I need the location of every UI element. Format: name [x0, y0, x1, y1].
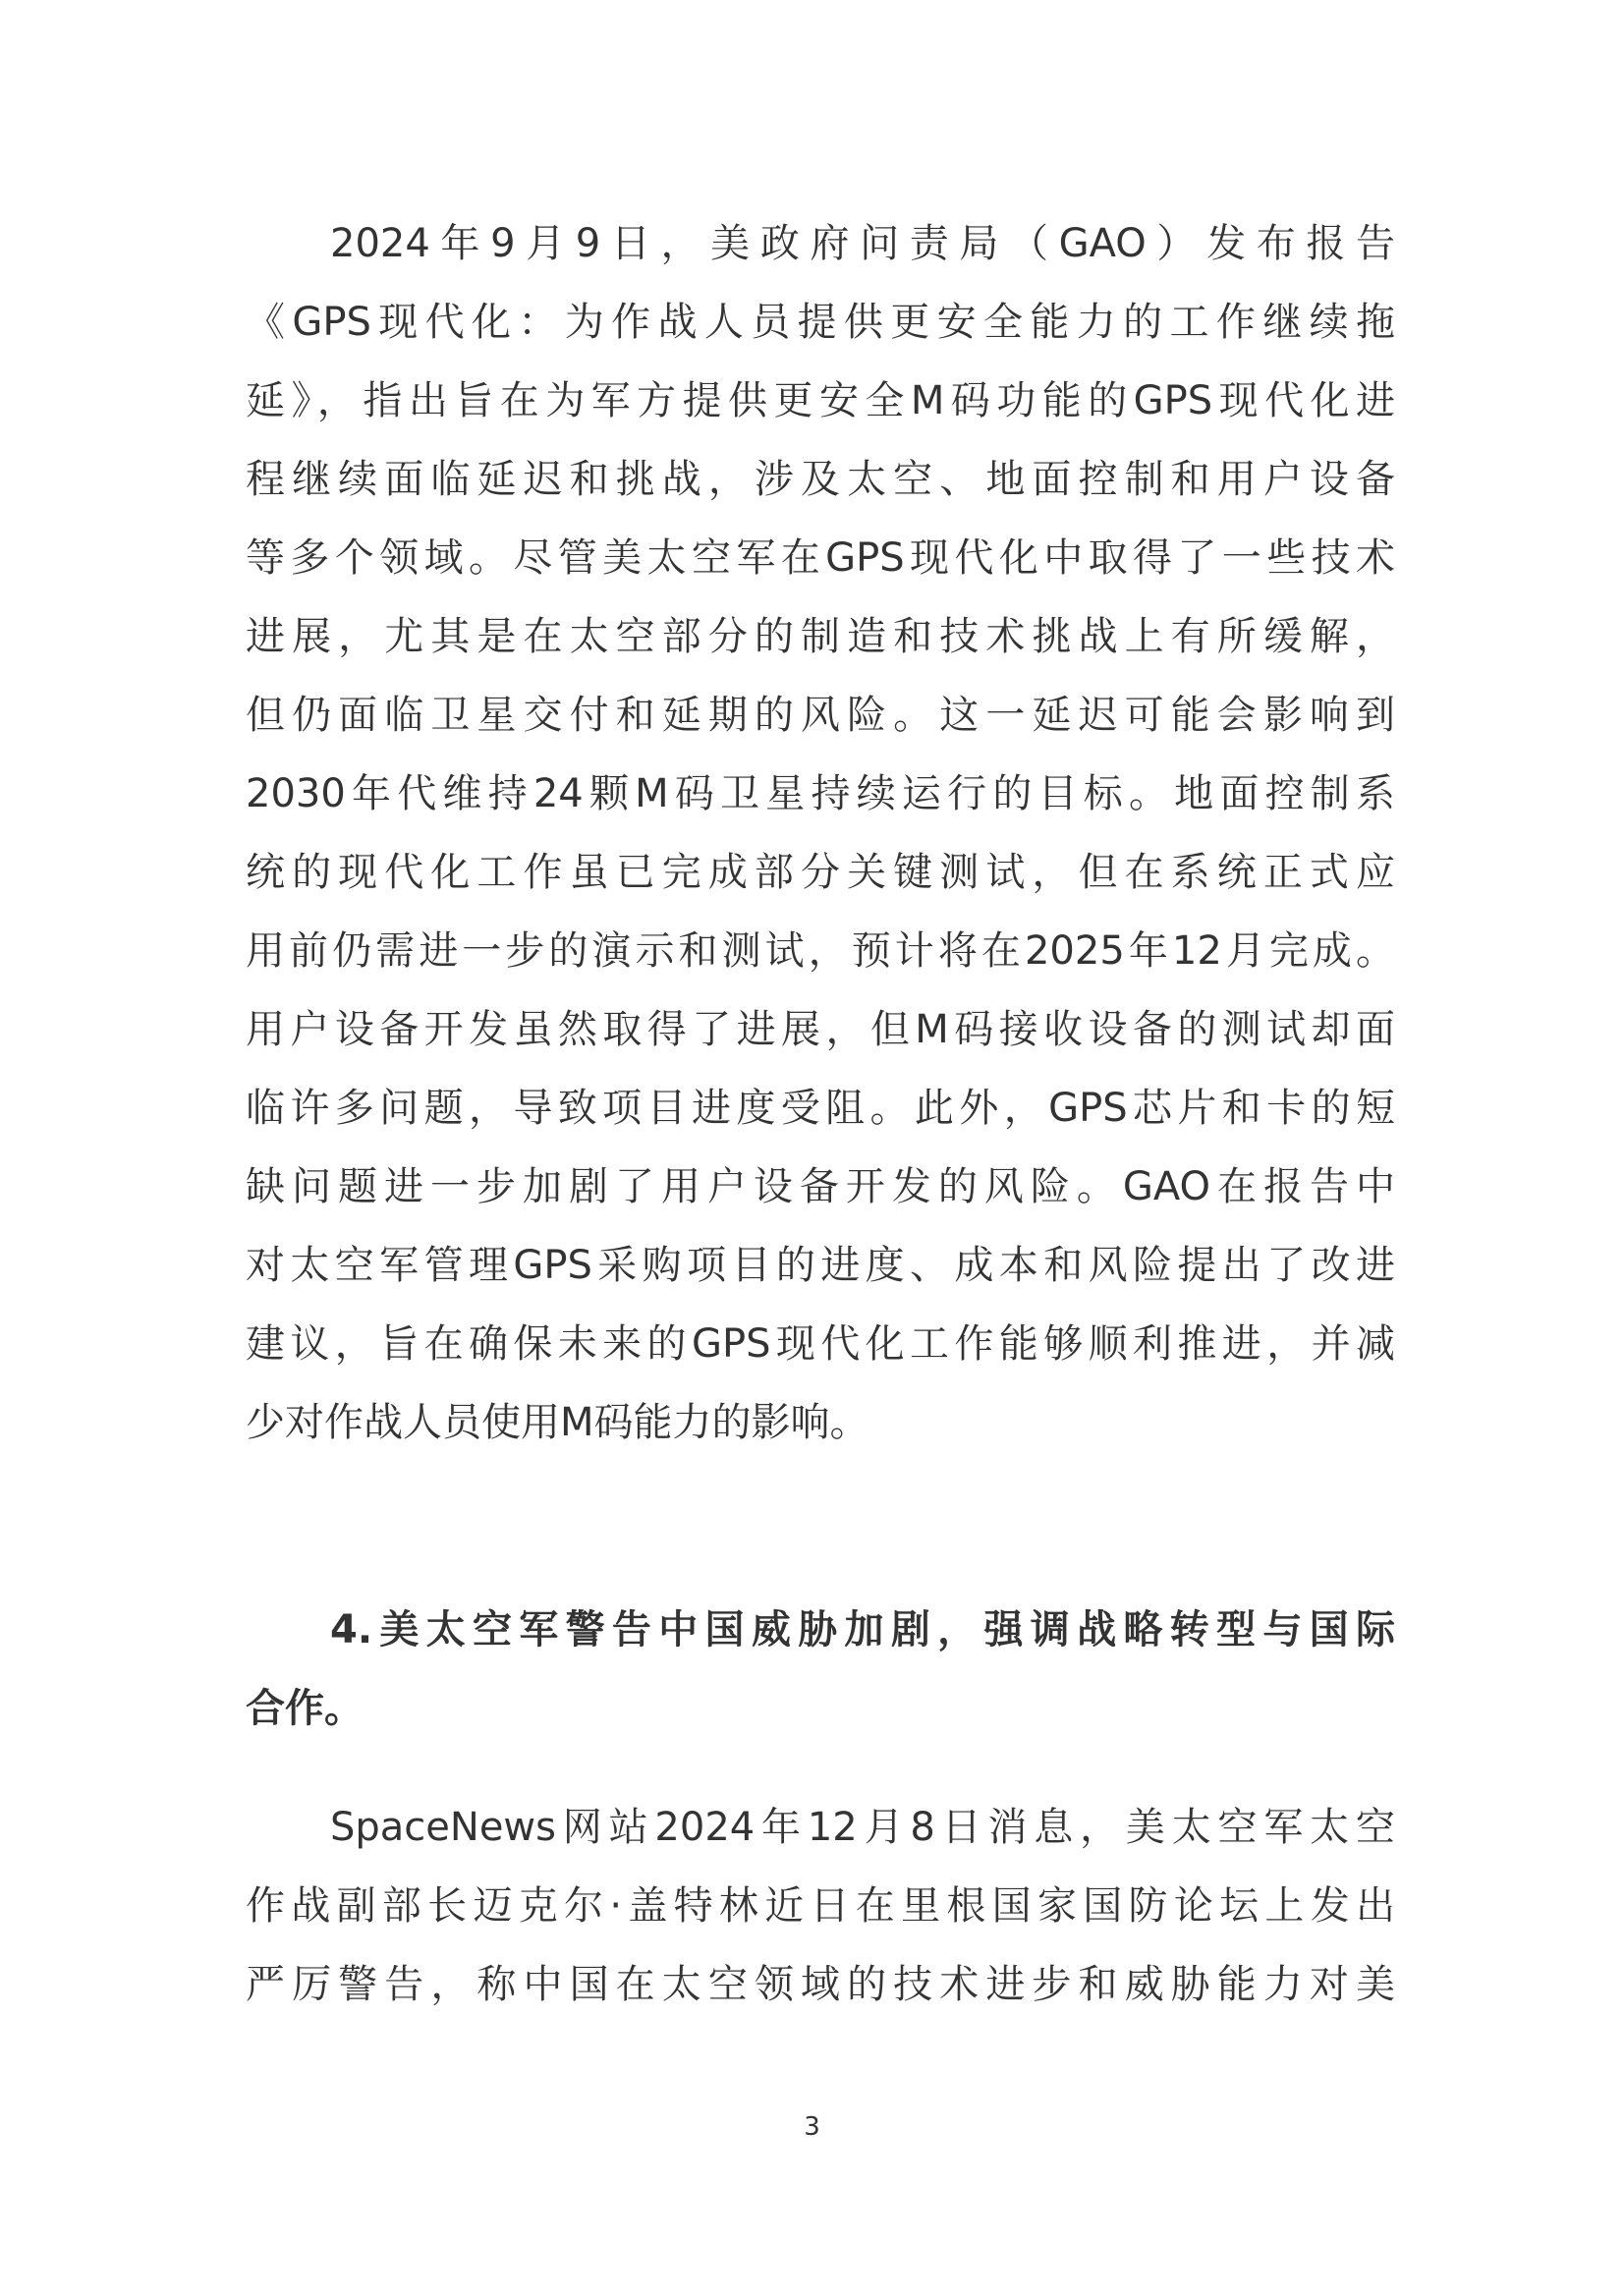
text-line: 临许多问题，导致项目进度受阻。此外，GPS芯片和卡的短	[246, 1083, 1395, 1134]
text-line: 建议，旨在确保未来的GPS现代化工作能够顺利推进，并减	[246, 1318, 1395, 1370]
text-line: 用前仍需进一步的演示和测试，预计将在2025年12月完成。	[246, 925, 1395, 977]
text-line: 作战副部长迈克尔·盖特林近日在里根国家国防论坛上发出	[246, 1880, 1395, 1932]
text-line: 进展，尤其是在太空部分的制造和技术挑战上有所缓解，	[246, 611, 1395, 662]
text-line: SpaceNews网站2024年12月8日消息，美太空军太空	[330, 1802, 1395, 1853]
text-line: 等多个领域。尽管美太空军在GPS现代化中取得了一些技术	[246, 532, 1395, 584]
text-line: 对太空军管理GPS采购项目的进度、成本和风险提出了改进	[246, 1240, 1395, 1291]
heading-line: 4.美太空军警告中国威胁加剧，强调战略转型与国际	[330, 1604, 1395, 1655]
page-number: 3	[0, 2112, 1624, 2142]
text-line: 缺问题进一步加剧了用户设备开发的风险。GAO在报告中	[246, 1161, 1395, 1212]
text-line: 少对作战人员使用M码能力的影响。	[246, 1397, 1395, 1448]
heading-line: 合作。	[246, 1683, 1395, 1734]
text-line: 用户设备开发虽然取得了进展，但M码接收设备的测试却面	[246, 1004, 1395, 1055]
text-line: 但仍面临卫星交付和延期的风险。这一延迟可能会影响到	[246, 690, 1395, 741]
document-page: 2024年9月9日，美政府问责局（GAO）发布报告 《GPS现代化：为作战人员提…	[0, 0, 1624, 2296]
text-line: 《GPS现代化：为作战人员提供更安全能力的工作继续拖	[246, 297, 1395, 348]
text-line: 2024年9月9日，美政府问责局（GAO）发布报告	[330, 218, 1395, 269]
text-line: 延》，指出旨在为军方提供更安全M码功能的GPS现代化进	[246, 375, 1395, 426]
text-line: 2030年代维持24颗M码卫星持续运行的目标。地面控制系	[246, 768, 1395, 819]
text-line: 程继续面临延迟和挑战，涉及太空、地面控制和用户设备	[246, 454, 1395, 505]
text-line: 严厉警告，称中国在太空领域的技术进步和威胁能力对美	[246, 1959, 1395, 2010]
text-line: 统的现代化工作虽已完成部分关键测试，但在系统正式应	[246, 847, 1395, 898]
